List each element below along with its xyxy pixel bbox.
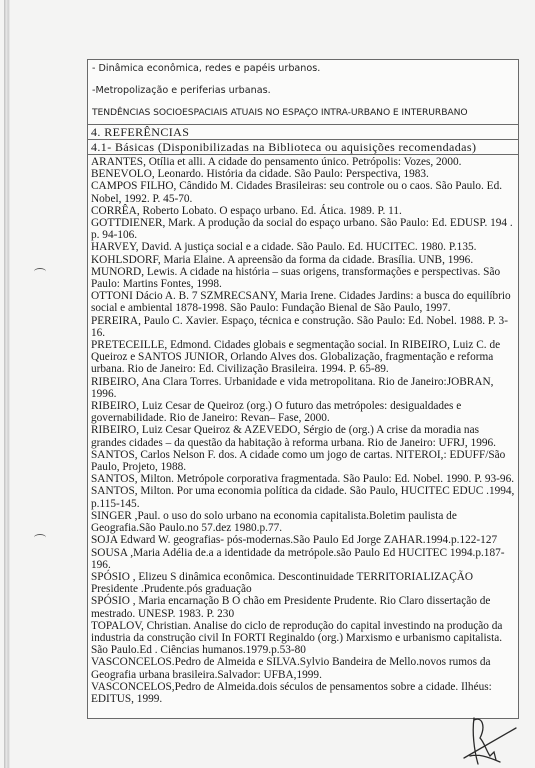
reference-entry: SPÓSIO , Maria encarnação B O chão em Pr… (91, 595, 515, 619)
reference-entry: PEREIRA, Paulo C. Xavier. Espaço, técnic… (91, 315, 515, 339)
reference-entry: SANTOS, Milton. Por uma economia polític… (91, 485, 515, 509)
reference-entry: MUNORD, Lewis. A cidade na história – su… (91, 266, 515, 290)
topic-line: TENDÊNCIAS SOCIOESPACIAIS ATUAIS NO ESPA… (88, 102, 518, 124)
reference-entry: RIBEIRO, Luiz Cesar Queiroz & AZEVEDO, S… (91, 424, 515, 448)
section-title: 4. REFERÊNCIAS (88, 125, 518, 140)
reference-entry: BENEVOLO, Leonardo. História da cidade. … (91, 168, 515, 180)
document-table: - Dinâmica econômica, redes e papéis urb… (87, 59, 519, 719)
reference-entry: SOJA Edward W. geografias- pós-modernas.… (91, 534, 515, 546)
reference-entry: CORRÊA, Roberto Lobato. O espaço urbano.… (91, 205, 515, 217)
reference-entry: RIBEIRO, Luiz Cesar de Queiroz (org.) O … (91, 400, 515, 424)
punch-hole-mark (34, 534, 46, 541)
reference-entry: OTTONI Dácio A. B. 7 SZMRECSANY, Maria I… (91, 290, 515, 314)
scanned-page-edge (4, 0, 10, 768)
reference-entry: GOTTDIENER, Mark. A produção da social d… (91, 217, 515, 241)
reference-entry: SOUSA ,Maria Adélia de.a a identidade da… (91, 547, 515, 571)
reference-entry: VASCONCELOS,Pedro de Almeida.dois século… (91, 681, 515, 705)
topics-box: - Dinâmica econômica, redes e papéis urb… (88, 60, 518, 125)
section-subtitle: 4.1- Básicas (Disponibilizadas na Biblio… (88, 140, 518, 155)
reference-entry: CAMPOS FILHO, Cândido M. Cidades Brasile… (91, 180, 515, 204)
topic-line: - Dinâmica econômica, redes e papéis urb… (88, 60, 518, 80)
reference-entry: RIBEIRO, Ana Clara Torres. Urbanidade e … (91, 376, 515, 400)
reference-entry: SINGER ,Paul. o uso do solo urbano na ec… (91, 510, 515, 534)
references-list: ARANTES, Otília et alli. A cidade do pen… (88, 155, 518, 705)
reference-entry: TOPALOV, Christian. Analise do ciclo de … (91, 620, 515, 657)
reference-entry: PRETECEILLE, Edmond. Cidades globais e s… (91, 339, 515, 376)
reference-entry: KOHLSDORF, Maria Elaine. A apreensão da … (91, 254, 515, 266)
reference-entry: SPÓSIO , Elizeu S dinâmica econômica. De… (91, 571, 515, 595)
punch-hole-mark (34, 268, 46, 275)
reference-entry: HARVEY, David. A justiça social e a cida… (91, 241, 515, 253)
reference-entry: ARANTES, Otília et alli. A cidade do pen… (91, 156, 515, 168)
reference-entry: VASCONCELOS.Pedro de Almeida e SILVA.Syl… (91, 656, 515, 680)
topic-line: -Metropolização e periferias urbanas. (88, 80, 518, 102)
reference-entry: SANTOS, Carlos Nelson F. dos. A cidade c… (91, 449, 515, 473)
signature-icon (460, 712, 520, 768)
reference-entry: SANTOS, Milton. Metrópole corporativa fr… (91, 473, 515, 485)
